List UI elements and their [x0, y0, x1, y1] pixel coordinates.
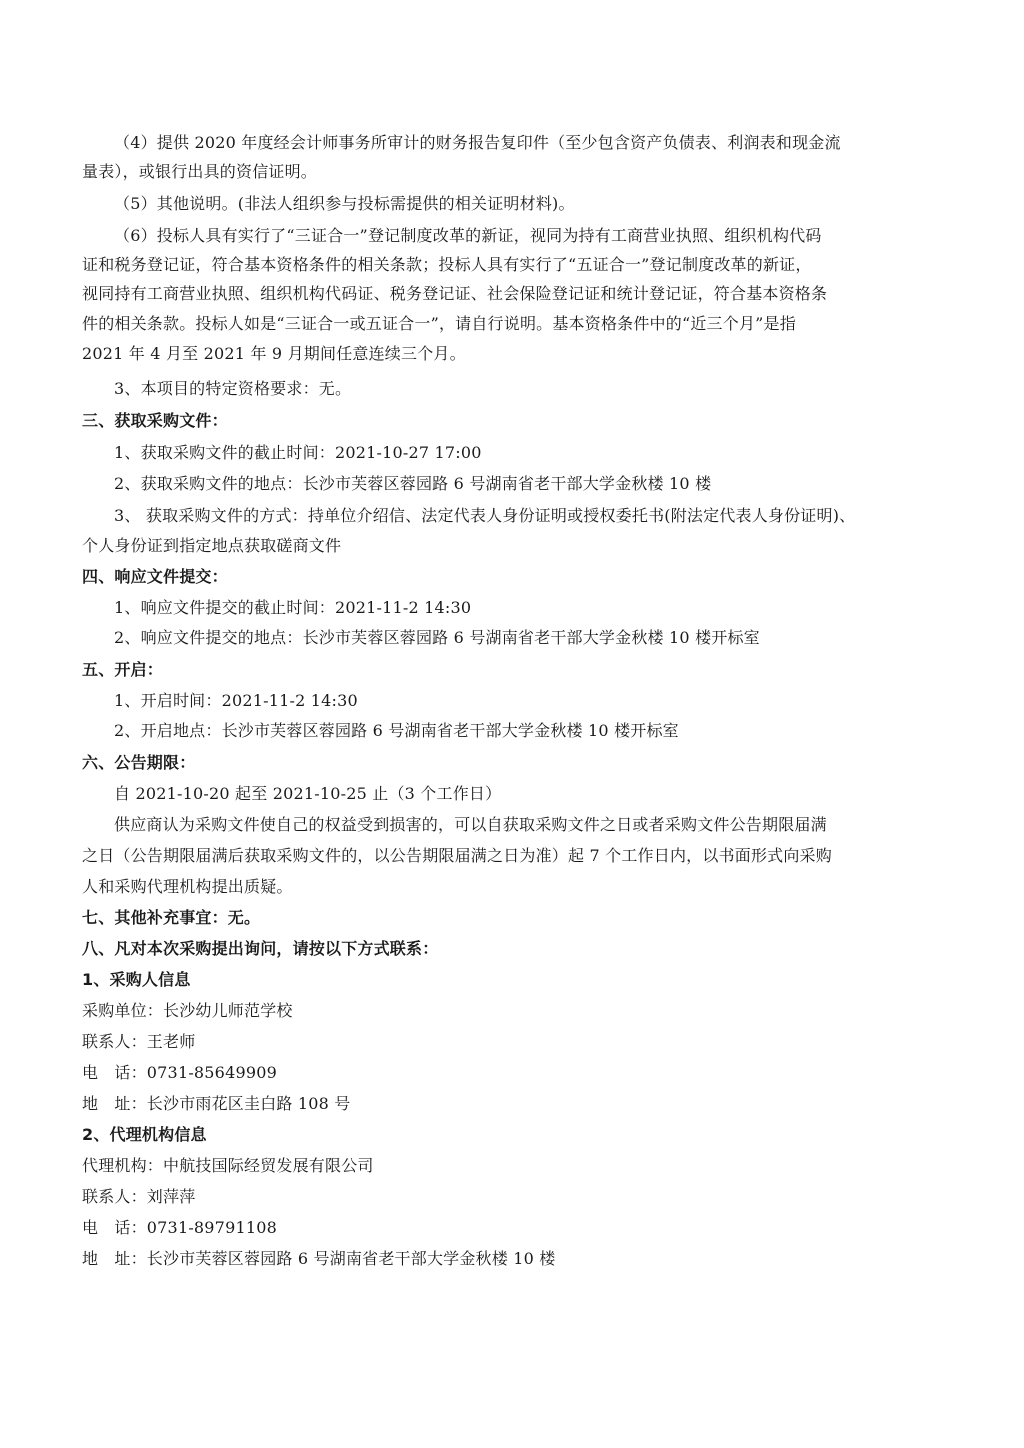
notice-period: 自 2021-10-20 起至 2021-10-25 止（3 个工作日） — [114, 783, 974, 805]
obtain-deadline: 1、获取采购文件的截止时间：2021-10-27 17:00 — [114, 442, 974, 464]
obtain-method-line-1: 3、 获取采购文件的方式：持单位介绍信、法定代表人身份证明或授权委托书(附法定代… — [114, 505, 974, 527]
paragraph-4-line-1: （4）提供 2020 年度经会计师事务所审计的财务报告复印件（至少包含资产负债表… — [114, 132, 974, 154]
paragraph-5: （5）其他说明。(非法人组织参与投标需提供的相关证明材料)。 — [114, 193, 974, 215]
section-heading-4: 四、响应文件提交： — [82, 566, 942, 588]
buyer-address: 地 址：长沙市雨花区圭白路 108 号 — [82, 1093, 942, 1115]
paragraph-6-line-4: 件的相关条款。投标人如是“三证合一或五证合一”，请自行说明。基本资格条件中的“近… — [82, 313, 942, 335]
objection-line-3: 人和采购代理机构提出质疑。 — [82, 876, 942, 898]
paragraph-4-line-2: 量表），或银行出具的资信证明。 — [82, 161, 942, 183]
submission-deadline: 1、响应文件提交的截止时间：2021-11-2 14:30 — [114, 597, 974, 619]
agent-name: 代理机构：中航技国际经贸发展有限公司 — [82, 1155, 942, 1177]
section-heading-3: 三、获取采购文件： — [82, 410, 942, 432]
objection-line-1: 供应商认为采购文件使自己的权益受到损害的，可以自获取采购文件之日或者采购文件公告… — [114, 814, 974, 836]
document-page: （4）提供 2020 年度经会计师事务所审计的财务报告复印件（至少包含资产负债表… — [0, 0, 1024, 1448]
agent-contact: 联系人：刘萍萍 — [82, 1186, 942, 1208]
paragraph-6-line-3: 视同持有工商营业执照、组织机构代码证、税务登记证、社会保险登记证和统计登记证，符… — [82, 283, 942, 305]
section-heading-8: 八、凡对本次采购提出询问，请按以下方式联系： — [82, 938, 942, 960]
buyer-info-heading: 1、采购人信息 — [82, 969, 942, 991]
agent-address: 地 址：长沙市芙蓉区蓉园路 6 号湖南省老干部大学金秋楼 10 楼 — [82, 1248, 942, 1270]
paragraph-6-line-1: （6）投标人具有实行了“三证合一”登记制度改革的新证，视同为持有工商营业执照、组… — [114, 225, 974, 247]
paragraph-6-line-2: 证和税务登记证，符合基本资格条件的相关条款；投标人具有实行了“五证合一”登记制度… — [82, 254, 942, 276]
section-heading-7: 七、其他补充事宜：无。 — [82, 907, 942, 929]
buyer-phone: 电 话：0731-85649909 — [82, 1062, 942, 1084]
submission-location: 2、响应文件提交的地点：长沙市芙蓉区蓉园路 6 号湖南省老干部大学金秋楼 10 … — [114, 627, 974, 649]
obtain-method-line-2: 个人身份证到指定地点获取磋商文件 — [82, 535, 942, 557]
obtain-location: 2、获取采购文件的地点：长沙市芙蓉区蓉园路 6 号湖南省老干部大学金秋楼 10 … — [114, 473, 974, 495]
opening-location: 2、开启地点：长沙市芙蓉区蓉园路 6 号湖南省老干部大学金秋楼 10 楼开标室 — [114, 720, 974, 742]
buyer-contact: 联系人：王老师 — [82, 1031, 942, 1053]
section-heading-5: 五、开启： — [82, 659, 942, 681]
opening-time: 1、开启时间：2021-11-2 14:30 — [114, 690, 974, 712]
agent-phone: 电 话：0731-89791108 — [82, 1217, 942, 1239]
buyer-unit: 采购单位：长沙幼儿师范学校 — [82, 1000, 942, 1022]
agent-info-heading: 2、代理机构信息 — [82, 1124, 942, 1146]
section-heading-6: 六、公告期限： — [82, 752, 942, 774]
special-qualification: 3、本项目的特定资格要求：无。 — [114, 378, 974, 400]
objection-line-2: 之日（公告期限届满后获取采购文件的，以公告期限届满之日为准）起 7 个工作日内，… — [82, 845, 942, 867]
paragraph-6-line-5: 2021 年 4 月至 2021 年 9 月期间任意连续三个月。 — [82, 343, 942, 365]
